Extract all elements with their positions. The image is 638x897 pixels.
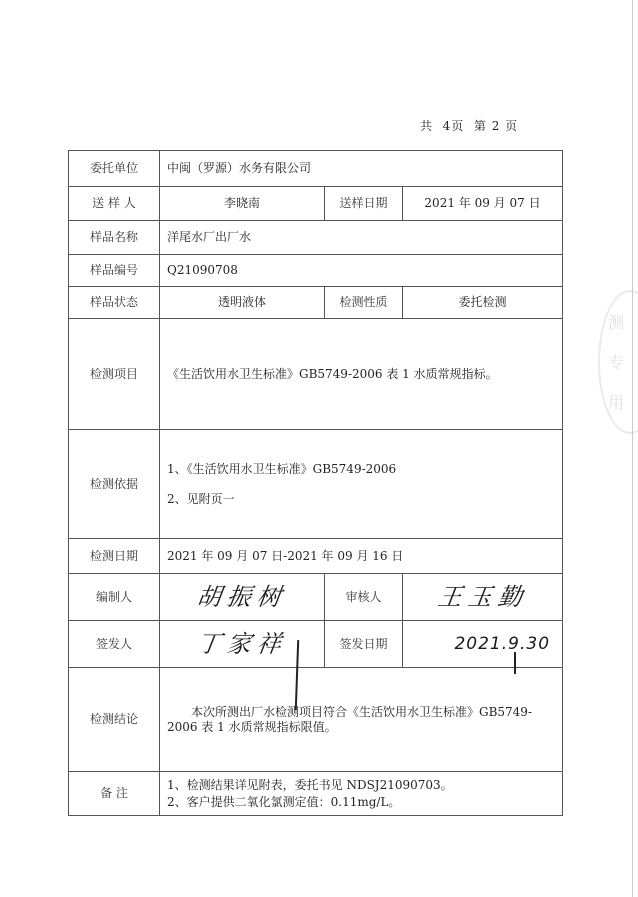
- test-nature-value: 委托检测: [403, 287, 563, 319]
- test-basis-item: 1、《生活饮用水卫生标准》GB5749-2006: [167, 454, 555, 484]
- row-sample-state: 样品状态 透明液体 检测性质 委托检测: [69, 287, 563, 319]
- issuer-label: 签发人: [69, 621, 160, 668]
- sample-name-label: 样品名称: [69, 221, 160, 255]
- issuer-signature-cell: 丁家祥: [160, 621, 325, 668]
- compiler-signature-cell: 胡振树: [160, 574, 325, 621]
- test-report-table: 委托单位 中闽（罗源）水务有限公司 送 样 人 李晓南 送样日期 2021 年 …: [68, 150, 563, 816]
- row-sample-name: 样品名称 洋尾水厂出厂水: [69, 221, 563, 255]
- row-test-date: 检测日期 2021 年 09 月 07 日-2021 年 09 月 16 日: [69, 539, 563, 574]
- compiler-signature: 胡振树: [195, 583, 289, 612]
- stamp-char: 测: [608, 310, 624, 333]
- row-test-basis: 检测依据 1、《生活饮用水卫生标准》GB5749-2006 2、见附页一: [69, 430, 563, 539]
- row-client: 委托单位 中闽（罗源）水务有限公司: [69, 151, 563, 187]
- row-sender: 送 样 人 李晓南 送样日期 2021 年 09 月 07 日: [69, 187, 563, 221]
- issue-date-cell: 2021.9.30: [403, 621, 563, 668]
- issue-date-handwritten: 2021.9.30: [454, 634, 550, 654]
- page-edge: [632, 0, 633, 897]
- issuer-signature: 丁家祥: [195, 630, 289, 659]
- client-value: 中闽（罗源）水务有限公司: [160, 151, 563, 187]
- reviewer-label: 审核人: [325, 574, 403, 621]
- sender-label: 送 样 人: [69, 187, 160, 221]
- sample-state-label: 样品状态: [69, 287, 160, 319]
- page-number: 共 4页 第 2 页: [420, 117, 518, 134]
- test-basis-item: 2、见附页一: [167, 484, 555, 514]
- client-label: 委托单位: [69, 151, 160, 187]
- test-basis-label: 检测依据: [69, 430, 160, 539]
- stamp-char: 专: [608, 350, 624, 373]
- row-compiler: 编制人 胡振树 审核人 王玉勤: [69, 574, 563, 621]
- row-sample-id: 样品编号 Q21090708: [69, 255, 563, 287]
- signature-stroke: [514, 652, 516, 674]
- reviewer-signature-cell: 王玉勤: [403, 574, 563, 621]
- sample-id-value: Q21090708: [160, 255, 563, 287]
- remark-item: 1、检测结果详见附表，委托书见 NDSJ21090703。: [167, 777, 555, 794]
- send-date-label: 送样日期: [325, 187, 403, 221]
- remarks-list: 1、检测结果详见附表，委托书见 NDSJ21090703。 2、客户提供二氧化氯…: [160, 772, 563, 816]
- issue-date-label: 签发日期: [325, 621, 403, 668]
- remark-item: 2、客户提供二氧化氯测定值：0.11mg/L。: [167, 794, 555, 811]
- test-date-label: 检测日期: [69, 539, 160, 574]
- test-date-value: 2021 年 09 月 07 日-2021 年 09 月 16 日: [160, 539, 563, 574]
- conclusion-label: 检测结论: [69, 668, 160, 772]
- test-basis-list: 1、《生活饮用水卫生标准》GB5749-2006 2、见附页一: [160, 430, 563, 539]
- row-test-items: 检测项目 《生活饮用水卫生标准》GB5749-2006 表 1 水质常规指标。: [69, 319, 563, 430]
- test-items-value: 《生活饮用水卫生标准》GB5749-2006 表 1 水质常规指标。: [160, 319, 563, 430]
- test-nature-label: 检测性质: [325, 287, 403, 319]
- row-issuer: 签发人 丁家祥 签发日期 2021.9.30: [69, 621, 563, 668]
- row-conclusion: 检测结论 本次所测出厂水检测项目符合《生活饮用水卫生标准》GB5749-2006…: [69, 668, 563, 772]
- sample-state-value: 透明液体: [160, 287, 325, 319]
- test-items-label: 检测项目: [69, 319, 160, 430]
- stamp-char: 用: [608, 390, 624, 413]
- sample-id-label: 样品编号: [69, 255, 160, 287]
- conclusion-value: 本次所测出厂水检测项目符合《生活饮用水卫生标准》GB5749-2006 表 1 …: [160, 668, 563, 772]
- compiler-label: 编制人: [69, 574, 160, 621]
- sender-value: 李晓南: [160, 187, 325, 221]
- send-date-value: 2021 年 09 月 07 日: [403, 187, 563, 221]
- row-remarks: 备 注 1、检测结果详见附表，委托书见 NDSJ21090703。 2、客户提供…: [69, 772, 563, 816]
- remarks-label: 备 注: [69, 772, 160, 816]
- reviewer-signature: 王玉勤: [435, 583, 529, 612]
- sample-name-value: 洋尾水厂出厂水: [160, 221, 563, 255]
